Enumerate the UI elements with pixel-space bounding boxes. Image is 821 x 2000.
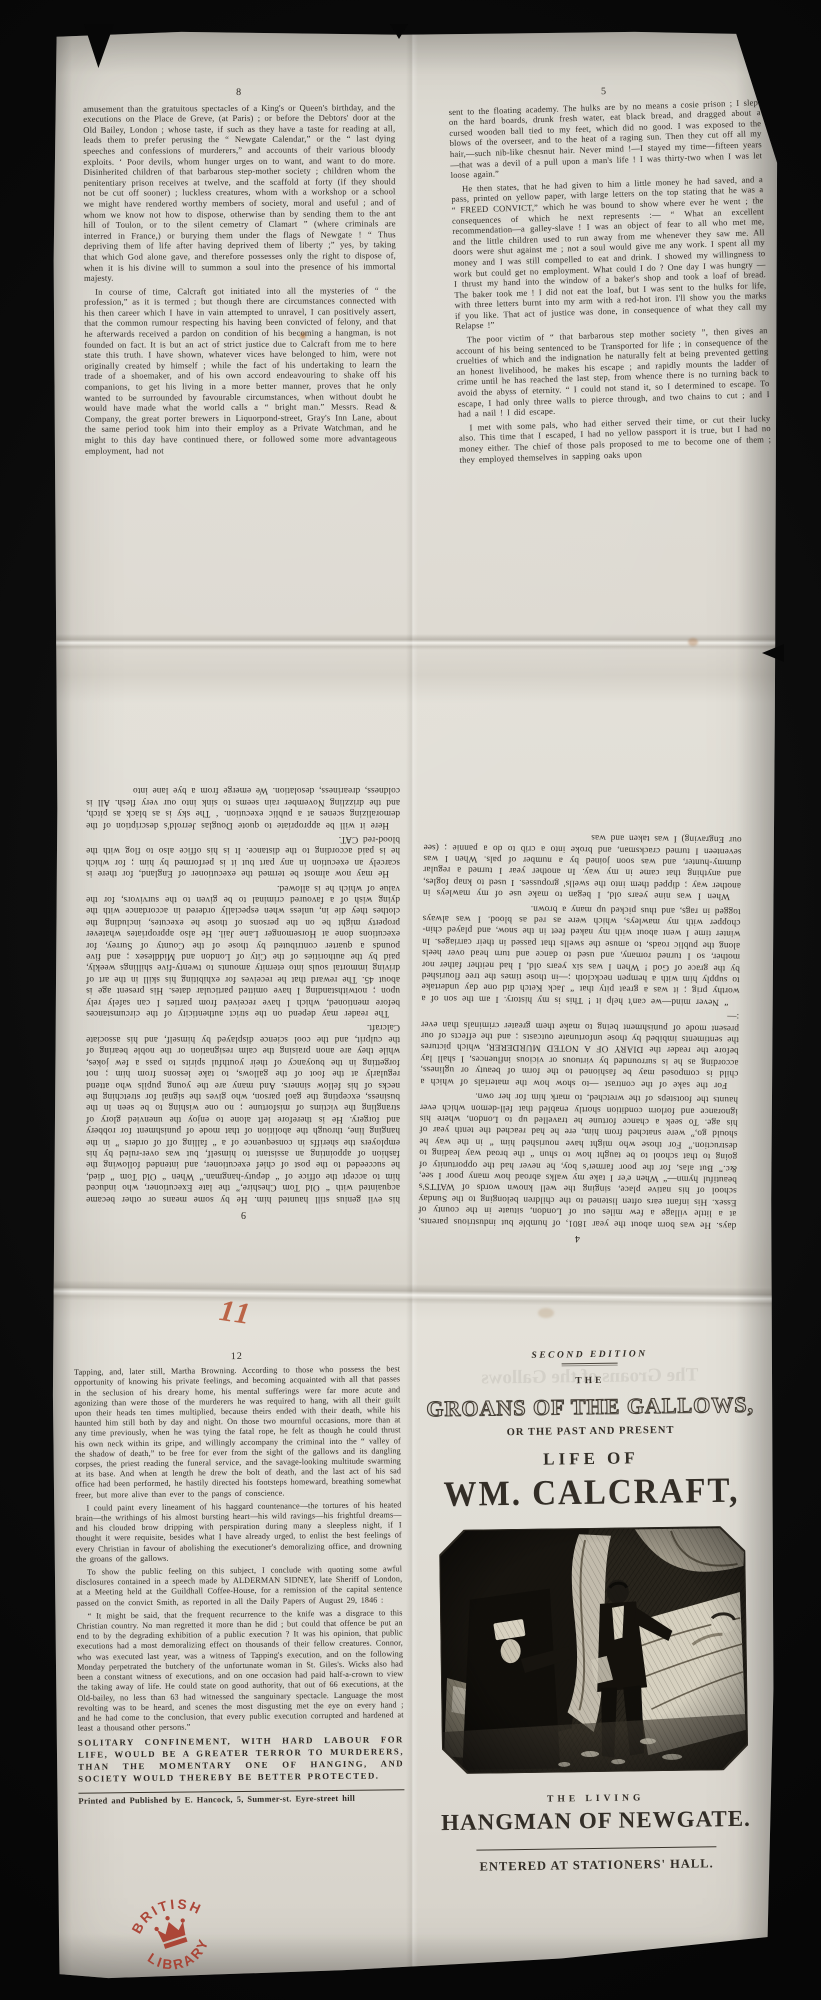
paragraph: I met with some pals, who had either ser… [458, 413, 771, 465]
the-living-line: THE LIVING [429, 1792, 763, 1807]
main-title: GROANS OF THE GALLOWS, [423, 1392, 757, 1423]
printer-imprint: Printed and Published by E. Hancock, 5, … [78, 1790, 404, 1808]
title-rule [476, 1846, 716, 1851]
paragraph: Here it will be appropriate to quote Dou… [86, 785, 400, 831]
paragraph: He may now almost be termed the executio… [86, 834, 400, 880]
paragraph: The poor victim of “ that barbarous step… [456, 325, 771, 420]
page-number: 4 [418, 1230, 736, 1246]
pamphlet-sheet: 8 amusement than the gratuitous spectacl… [50, 26, 780, 1982]
page-4-inverted: 4 days. He was born about the year 1801,… [418, 660, 744, 1246]
paragraph: In course of time, Calcraft got initiate… [84, 285, 397, 456]
paragraph: days. He was born about the year 1801, o… [418, 1089, 738, 1230]
paragraph: When I was nine years old, I began to ma… [423, 830, 742, 903]
title-page: The Groans of the Gallows SECOND EDITION… [422, 1334, 763, 1876]
stationers-hall-line: ENTERED AT STATIONERS' HALL. [430, 1856, 764, 1876]
role-title: HANGMAN OF NEWGATE. [429, 1806, 763, 1837]
page-number: 12 [74, 1350, 400, 1364]
paragraph: “ It might be said, that the frequent re… [77, 1608, 404, 1734]
subject-name: WM. CALCRAFT, [424, 1471, 759, 1516]
paragraph: For the sake of the contrast —to show ho… [420, 1007, 739, 1091]
calcraft-bedchamber-engraving [439, 1526, 748, 1774]
handwritten-annotation-11: 11 [219, 1306, 253, 1321]
paragraph: He then states, that he had given to him… [451, 174, 768, 332]
paragraph: Tapping, and, later still, Martha Browni… [74, 1365, 401, 1501]
page-number: 8 [83, 87, 395, 99]
subtitle: OR THE PAST AND PRESENT [424, 1424, 758, 1440]
svg-text:BRITISH: BRITISH [123, 1887, 208, 1939]
horizontal-fold-crease-upper [50, 634, 780, 650]
paragraph: To show the public feeling on this subje… [76, 1564, 402, 1608]
vertical-fold-crease [406, 26, 418, 1982]
paragraph: “ Never mind—we can't help it ! This is … [421, 901, 740, 1008]
closing-statement: SOLITARY CONFINEMENT, WITH HARD LABOUR F… [78, 1734, 404, 1785]
edition-rule [562, 1363, 618, 1365]
paragraph: I could paint every lineament of his hag… [75, 1500, 402, 1565]
page-9-inverted: 9 his evil genius still haunted him. He … [86, 662, 400, 1220]
page-5: 5 sent to the floating academy. The hulk… [448, 82, 772, 468]
fox-spot [538, 1308, 554, 1318]
paragraph: amusement than the gratuitous spectacles… [83, 102, 396, 284]
page-12: 11 12 Tapping, and, later still, Martha … [73, 1314, 404, 1807]
photograph-background: 8 amusement than the gratuitous spectacl… [0, 0, 821, 2000]
page-8: 8 amusement than the gratuitous spectacl… [83, 87, 397, 459]
paragraph: his evil genius still haunted him. He by… [86, 1022, 400, 1205]
title-article: THE [423, 1374, 757, 1389]
edition-line: SECOND EDITION [422, 1348, 756, 1363]
stamp-text-top: BRITISH [123, 1887, 208, 1939]
life-of-line: LIFE OF [424, 1447, 758, 1472]
horizontal-fold-crease-lower [50, 1280, 780, 1308]
fox-spot [688, 638, 698, 646]
paragraph: The reader may depend on the strict auth… [86, 882, 400, 1019]
paragraph: sent to the floating academy. The hulks … [448, 97, 762, 181]
page-number: 9 [86, 1209, 400, 1220]
